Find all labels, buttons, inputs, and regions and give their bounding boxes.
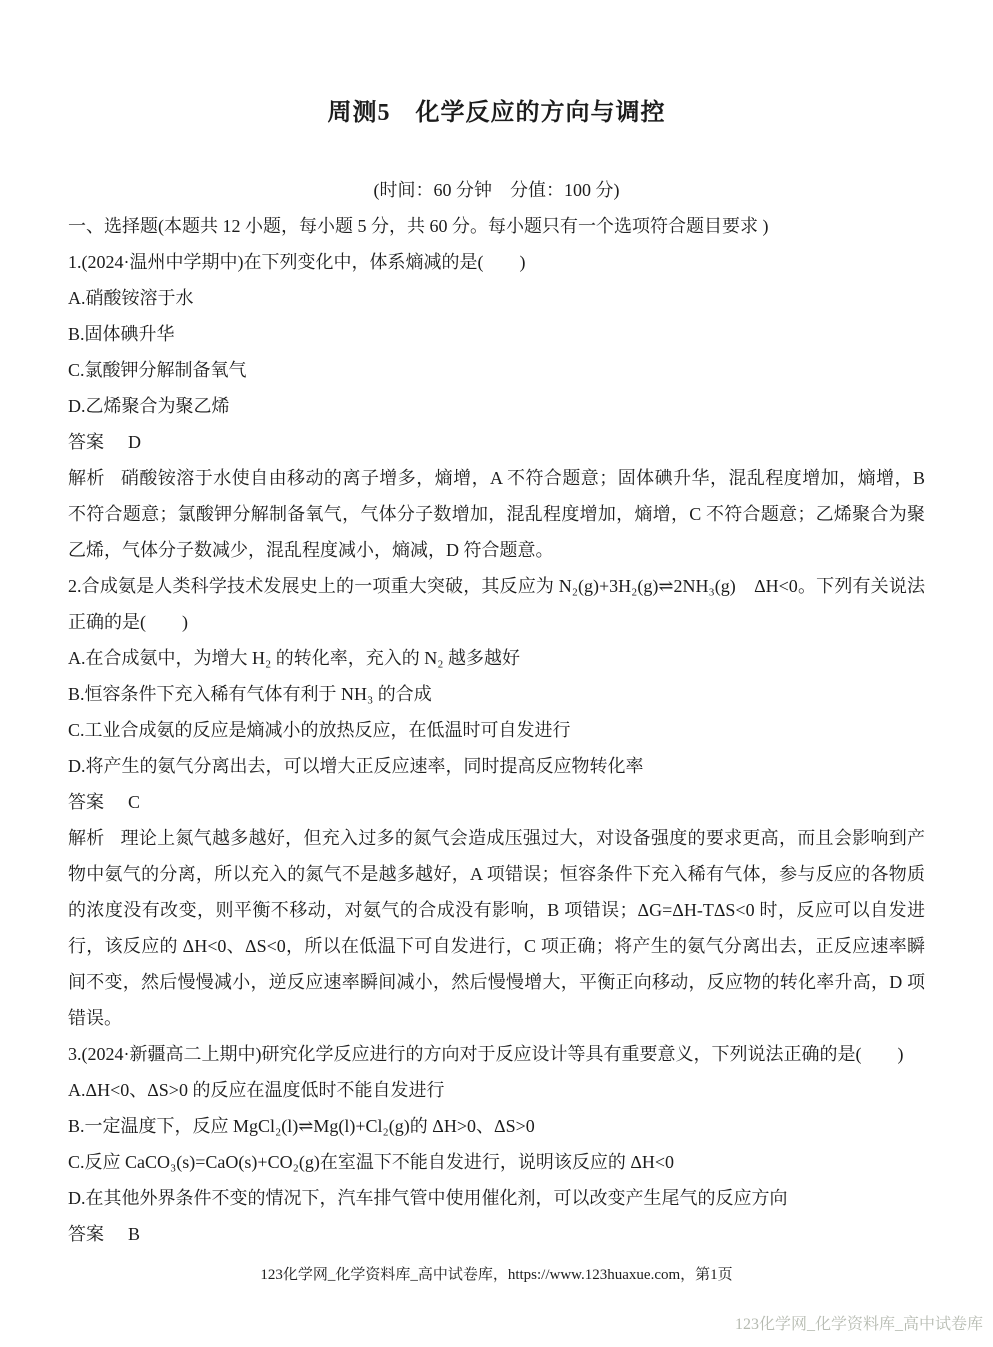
question-1-option-b: B.固体碘升华: [68, 316, 925, 352]
analysis-label: 解析: [68, 828, 105, 848]
question-3-option-b: B.一定温度下，反应 MgCl₂(l)⇌Mg(l)+Cl₂(g)的 ΔH>0、Δ…: [68, 1108, 925, 1144]
analysis-label: 解析: [68, 468, 105, 488]
exam-meta: (时间：60 分钟 分值：100 分): [68, 172, 925, 208]
answer-label: 答案: [68, 792, 104, 812]
question-2-analysis-text: 理论上氮气越多越好，但充入过多的氮气会造成压强过大，对设备强度的要求更高，而且会…: [68, 828, 925, 1028]
question-2-answer-line: 答案C: [68, 784, 925, 820]
question-1-option-a: A.硝酸铵溶于水: [68, 280, 925, 316]
question-3-option-d: D.在其他外界条件不变的情况下，汽车排气管中使用催化剂，可以改变产生尾气的反应方…: [68, 1180, 925, 1216]
document-page: 周测5 化学反应的方向与调控 (时间：60 分钟 分值：100 分) 一、选择题…: [0, 0, 993, 1347]
question-3-option-c: C.反应 CaCO₃(s)=CaO(s)+CO₂(g)在室温下不能自发进行，说明…: [68, 1144, 925, 1180]
question-2-stem: 2.合成氨是人类科学技术发展史上的一项重大突破，其反应为 N₂(g)+3H₂(g…: [68, 568, 925, 640]
question-1-analysis-text: 硝酸铵溶于水使自由移动的离子增多，熵增，A 不符合题意；固体碘升华，混乱程度增加…: [68, 468, 925, 560]
section-heading: 一、选择题(本题共 12 小题，每小题 5 分，共 60 分。每小题只有一个选项…: [68, 208, 925, 244]
question-3: 3.(2024·新疆高二上期中)研究化学反应进行的方向对于反应设计等具有重要意义…: [68, 1036, 925, 1252]
question-1-answer-value: D: [128, 432, 141, 452]
question-1: 1.(2024·温州中学期中)在下列变化中，体系熵减的是( ) A.硝酸铵溶于水…: [68, 244, 925, 568]
page-title: 周测5 化学反应的方向与调控: [68, 0, 925, 128]
question-2-option-a: A.在合成氨中，为增大 H₂ 的转化率，充入的 N₂ 越多越好: [68, 640, 925, 676]
question-2-option-b: B.恒容条件下充入稀有气体有利于 NH₃ 的合成: [68, 676, 925, 712]
question-3-answer-line: 答案B: [68, 1216, 925, 1252]
question-1-answer-line: 答案D: [68, 424, 925, 460]
question-2-answer-value: C: [128, 792, 140, 812]
question-2: 2.合成氨是人类科学技术发展史上的一项重大突破，其反应为 N₂(g)+3H₂(g…: [68, 568, 925, 1036]
answer-label: 答案: [68, 432, 104, 452]
question-3-stem: 3.(2024·新疆高二上期中)研究化学反应进行的方向对于反应设计等具有重要意义…: [68, 1036, 925, 1072]
question-1-analysis: 解析硝酸铵溶于水使自由移动的离子增多，熵增，A 不符合题意；固体碘升华，混乱程度…: [68, 460, 925, 568]
exam-body: 一、选择题(本题共 12 小题，每小题 5 分，共 60 分。每小题只有一个选项…: [68, 208, 925, 1252]
question-3-option-a: A.ΔH<0、ΔS>0 的反应在温度低时不能自发进行: [68, 1072, 925, 1108]
question-2-option-c: C.工业合成氨的反应是熵减小的放热反应，在低温时可自发进行: [68, 712, 925, 748]
answer-label: 答案: [68, 1224, 104, 1244]
question-1-option-d: D.乙烯聚合为聚乙烯: [68, 388, 925, 424]
question-1-stem: 1.(2024·温州中学期中)在下列变化中，体系熵减的是( ): [68, 244, 925, 280]
page-footer: 123化学网_化学资料库_高中试卷库，https://www.123huaxue…: [0, 1264, 993, 1286]
question-1-option-c: C.氯酸钾分解制备氧气: [68, 352, 925, 388]
question-2-option-d: D.将产生的氨气分离出去，可以增大正反应速率，同时提高反应物转化率: [68, 748, 925, 784]
watermark: 123化学网_化学资料库_高中试卷库: [735, 1314, 983, 1336]
question-2-analysis: 解析理论上氮气越多越好，但充入过多的氮气会造成压强过大，对设备强度的要求更高，而…: [68, 820, 925, 1036]
question-3-answer-value: B: [128, 1224, 140, 1244]
